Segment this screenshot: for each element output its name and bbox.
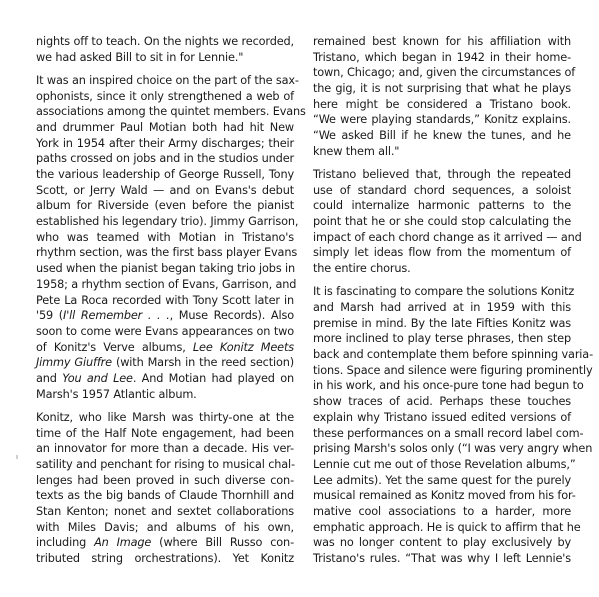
text-line: Marsh's 1957 Atlantic album.	[36, 387, 294, 403]
text-line: nights off to teach. On the nights we re…	[36, 34, 294, 50]
text-line: Lennie cut me out of those Revelation al…	[313, 457, 571, 473]
text-line: Jimmy Giuffre (with Marsh in the reed se…	[36, 355, 294, 371]
text-line: town, Chicago; and, given the circumstan…	[313, 65, 571, 81]
text-line: the gig, it is not surprising that what …	[313, 81, 571, 97]
italic-title: I'll Remember . . .	[63, 309, 170, 322]
text-line: 1958; a rhythm section of Evans, Garriso…	[36, 277, 294, 293]
text-line: knew them all."	[313, 144, 571, 160]
text-line: show traces of acid. Perhaps these touch…	[313, 394, 571, 410]
text-line: could internalize harmonic patterns to t…	[313, 198, 571, 214]
paragraph: It was an inspired choice on the part of…	[36, 73, 294, 402]
text-line: '59 (I'll Remember . . ., Muse Records).…	[36, 308, 294, 324]
text-line: tions. Space and silence were figuring p…	[313, 363, 571, 379]
text-line: “We asked Bill if he knew the tunes, and…	[313, 128, 571, 144]
text-line: rhythm section, was the first bass playe…	[36, 245, 294, 261]
text-line: Tristano believed that, through the repe…	[313, 167, 571, 183]
text-line: point that he or she could stop calculat…	[313, 214, 571, 230]
text-line: we had asked Bill to sit in for Lennie."	[36, 50, 294, 66]
text-line: Tristano's rules. “That was why I left L…	[313, 551, 571, 567]
text-line: explain why Tristano issued edited versi…	[313, 410, 571, 426]
paragraph: Konitz, who like Marsh was thirty-one at…	[36, 410, 294, 567]
text-line: “We were playing standards,” Konitz expl…	[313, 112, 571, 128]
text-line: associations among the quintet members. …	[36, 104, 294, 120]
text-line: was no longer content to play exclusivel…	[313, 535, 571, 551]
text-line: back and contemplate them before spinnin…	[313, 347, 571, 363]
scan-mark	[16, 455, 18, 459]
text-line: ophonists, since it only strengthened a …	[36, 89, 294, 105]
italic-title: You and Lee	[62, 372, 133, 385]
text-line: use of standard chord sequences, a soloi…	[313, 183, 571, 199]
italic-title: Lee Konitz Meets	[193, 341, 294, 354]
paragraph: nights off to teach. On the nights we re…	[36, 34, 294, 65]
italic-title: An Image	[94, 536, 151, 549]
paragraph: remained best known for his affiliation …	[313, 34, 571, 160]
text-line: It was an inspired choice on the part of…	[36, 73, 294, 89]
text-line: in his work, and his once-pure tone had …	[313, 378, 571, 394]
text-line: these performances on a small record lab…	[313, 426, 571, 442]
text-line: simply let ideas flow from the momentum …	[313, 245, 571, 261]
left-column: nights off to teach. On the nights we re…	[36, 34, 294, 574]
text-line: who was teamed with Motian in Tristano's	[36, 230, 294, 246]
text-line: impact of each chord change as it arrive…	[313, 230, 571, 246]
text-line: Konitz, who like Marsh was thirty-one at…	[36, 410, 294, 426]
text-line: tributed string orchestrations). Yet Kon…	[36, 551, 294, 567]
text-line: Pete La Roca recorded with Tony Scott la…	[36, 293, 294, 309]
text-line: an innovator for more than a decade. His…	[36, 441, 294, 457]
text-line: soon to come were Evans appearances on t…	[36, 324, 294, 340]
text-line: the entire chorus.	[313, 261, 571, 277]
text-line: time of the Half Note engagement, had be…	[36, 426, 294, 442]
text-line: established his legendary trio). Jimmy G…	[36, 214, 294, 230]
text-line: Scott, or Jerry Wald — and on Evans's de…	[36, 183, 294, 199]
text-line: emphatic approach. He is quick to affirm…	[313, 520, 571, 536]
italic-title: Jimmy Giuffre	[36, 356, 112, 369]
text-line: more inclined to play terse phrases, the…	[313, 331, 571, 347]
text-line: Tristano, which began in 1942 in their h…	[313, 50, 571, 66]
text-line: and drummer Paul Motian both had hit New	[36, 120, 294, 136]
text-line: lenges had been proved in such diverse c…	[36, 473, 294, 489]
text-line: of Konitz's Verve albums, Lee Konitz Mee…	[36, 340, 294, 356]
text-line: premise in mind. By the late Fifties Kon…	[313, 316, 571, 332]
text-line: and You and Lee. And Motian had played o…	[36, 371, 294, 387]
text-line: musical remained as Konitz moved from hi…	[313, 488, 571, 504]
paragraph: It is fascinating to compare the solutio…	[313, 284, 571, 566]
text-line: here might be considered a Tristano book…	[313, 97, 571, 113]
text-line: used when the pianist began taking trio …	[36, 261, 294, 277]
paragraph: Tristano believed that, through the repe…	[313, 167, 571, 277]
text-line: prising Marsh's solos only (“I was very …	[313, 441, 571, 457]
text-line: satility and penchant for rising to musi…	[36, 457, 294, 473]
text-line: remained best known for his affiliation …	[313, 34, 571, 50]
right-column: remained best known for his affiliation …	[313, 34, 571, 574]
text-line: It is fascinating to compare the solutio…	[313, 284, 571, 300]
text-line: Lee admits). Yet the same quest for the …	[313, 473, 571, 489]
text-line: texts as the big bands of Claude Thornhi…	[36, 488, 294, 504]
text-line: album for Riverside (even before the pia…	[36, 198, 294, 214]
text-line: including An Image (where Bill Russo con…	[36, 535, 294, 551]
text-line: Stan Kenton; nonet and sextet collaborat…	[36, 504, 294, 520]
text-line: mative cool associations to a harder, mo…	[313, 504, 571, 520]
text-line: and Marsh had arrived at in 1959 with th…	[313, 300, 571, 316]
text-line: with Miles Davis; and albums of his own,	[36, 520, 294, 536]
text-line: the various leadership of George Russell…	[36, 167, 294, 183]
text-line: paths crossed on jobs and in the studios…	[36, 151, 294, 167]
text-line: York in 1954 after their Army discharges…	[36, 136, 294, 152]
